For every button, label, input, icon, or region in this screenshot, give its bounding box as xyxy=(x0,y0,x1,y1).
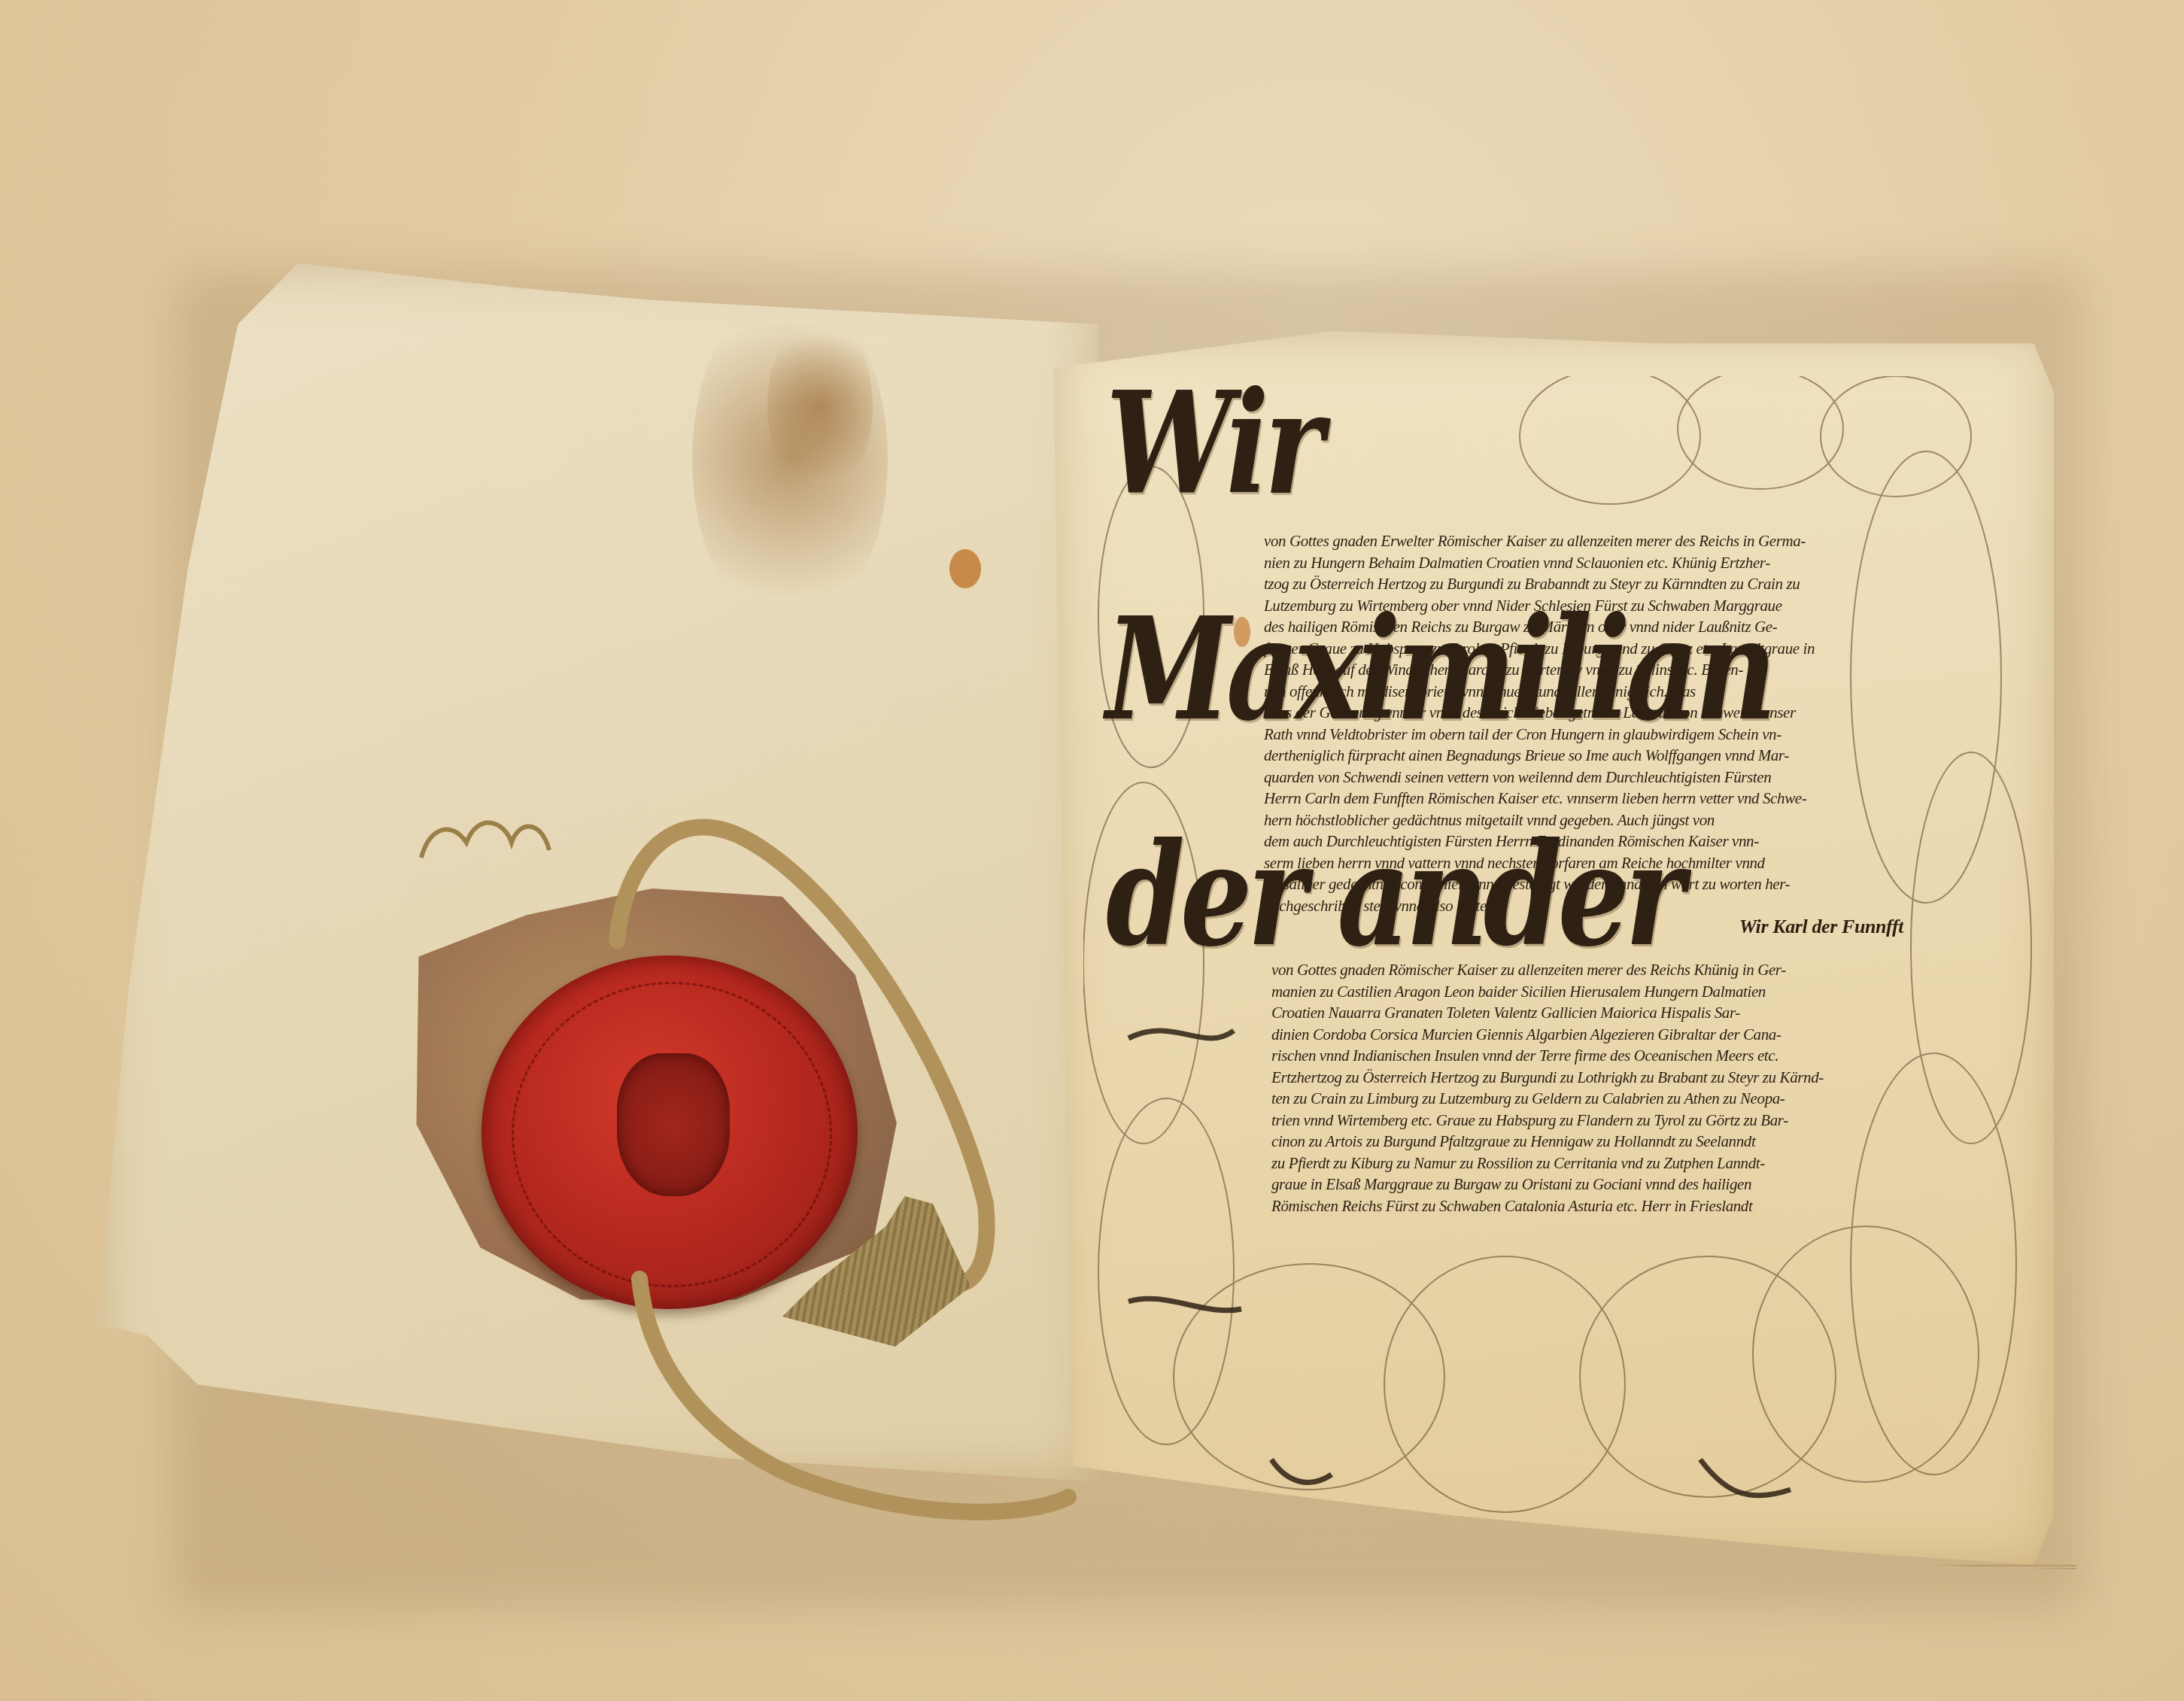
charter-body-part1: von Gottes gnaden Erwelter Römischer Kai… xyxy=(1264,530,1903,938)
text-line: dem auch Durchleuchtigisten Fürsten Herr… xyxy=(1264,831,1903,852)
text-line: fürster Graue zu Habspurg zu Tyrol zu Pf… xyxy=(1264,638,1903,660)
text-line: Herrn Carln dem Funfften Römischen Kaise… xyxy=(1264,788,1903,809)
charter-body-part2: von Gottes gnaden Römischer Kaiser zu al… xyxy=(1271,959,1933,1217)
text-line: serm lieben herrn vnnd vattern vnnd nech… xyxy=(1264,852,1903,874)
text-line: tzog zu Österreich Hertzog zu Burgundi z… xyxy=(1264,573,1903,595)
rust-spot xyxy=(949,549,981,588)
text-line: vnns der Gestrenng vnnser vnnd des Reich… xyxy=(1264,702,1903,724)
text-line: trien vnnd Wirtemberg etc. Graue zu Habs… xyxy=(1271,1110,1933,1131)
text-line: nen offenntlich mit disem brieue vnnd th… xyxy=(1264,681,1903,703)
text-line: zu Pfierdt zu Kiburg zu Namur zu Rossili… xyxy=(1271,1153,1933,1174)
text-line: cinon zu Artois zu Burgund Pfaltzgraue z… xyxy=(1271,1131,1933,1153)
text-line: manien zu Castilien Aragon Leon baider S… xyxy=(1271,981,1933,1003)
text-line: nien zu Hungern Behaim Dalmatien Croatie… xyxy=(1264,552,1903,574)
text-line: gotsaliger gedechtnus confirmiert vnnd b… xyxy=(1264,873,1903,895)
text-line: ten zu Crain zu Limburg zu Lutzemburg zu… xyxy=(1271,1088,1933,1110)
subheading-karl: Wir Karl der Funnfft xyxy=(1264,916,1903,938)
text-line: Ertzhertzog zu Österreich Hertzog zu Bur… xyxy=(1271,1067,1933,1089)
text-line: von Gottes gnaden Römischer Kaiser zu al… xyxy=(1271,959,1933,981)
text-line: dinien Cordoba Corsica Murcien Giennis A… xyxy=(1271,1024,1933,1046)
text-line: nachgeschriben steet vnnd also lautet. xyxy=(1264,895,1903,917)
text-line: Croatien Nauarra Granaten Toleten Valent… xyxy=(1271,1002,1933,1024)
text-line: Elsaß Herr auf der Windischen Marckh zu … xyxy=(1264,659,1903,681)
text-line: dertheniglich fürpracht ainen Begnadungs… xyxy=(1264,745,1903,767)
text-line: quarden von Schwendi seinen vettern von … xyxy=(1264,767,1903,788)
water-stain xyxy=(767,316,873,497)
text-line: hern höchstloblicher gedächtnus mitgetai… xyxy=(1264,809,1903,831)
text-line: Rath vnnd Veldtobrister im obern tail de… xyxy=(1264,724,1903,746)
text-line: Römischen Reichs Fürst zu Schwaben Catal… xyxy=(1271,1195,1933,1217)
text-line: des hailigen Römischen Reichs zu Burgaw … xyxy=(1264,616,1903,638)
text-line: Lutzemburg zu Wirtemberg ober vnnd Nider… xyxy=(1264,595,1903,617)
text-line: von Gottes gnaden Erwelter Römischer Kai… xyxy=(1264,530,1903,552)
charter-heading-initial: Wir Maximilian der ander xyxy=(1106,331,1933,557)
text-line: rischen vnnd Indianischen Insulen vnnd d… xyxy=(1271,1045,1933,1067)
text-line: graue in Elsaß Marggraue zu Burgaw zu Or… xyxy=(1271,1174,1933,1195)
seal-eagle-shield-icon xyxy=(617,1053,730,1196)
